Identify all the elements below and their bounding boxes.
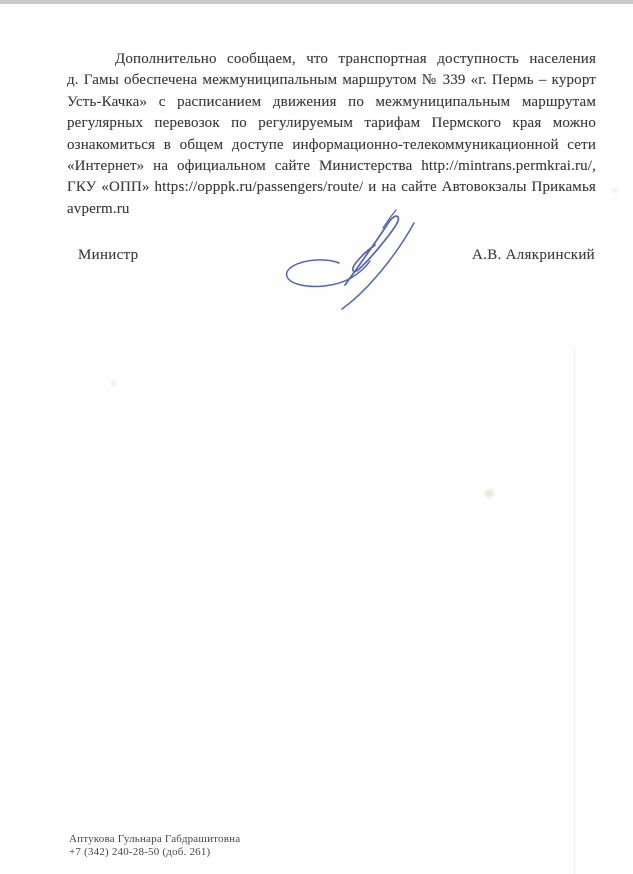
body-line: ознакомиться в общем доступе информацион… <box>67 135 596 156</box>
letter-body-paragraph: Дополнительно сообщаем, что транспортная… <box>67 49 596 220</box>
scan-artifact-line <box>574 348 575 874</box>
signature-ink-strokes <box>287 210 414 309</box>
body-line: ГКУ «ОПП» https://opppk.ru/passengers/ro… <box>67 177 596 198</box>
body-line: Дополнительно сообщаем, что транспортная… <box>67 49 596 70</box>
scan-artifact-speck <box>611 186 620 194</box>
executor-contact: Аптукова Гульнара Габдрашитовна +7 (342)… <box>69 833 240 859</box>
signatory-title: Министр <box>78 247 138 264</box>
handwritten-signature <box>280 203 425 318</box>
body-line: Усть-Качка» с расписанием движения по ме… <box>67 92 596 113</box>
scan-top-edge <box>0 0 633 4</box>
body-line: «Интернет» на официальном сайте Министер… <box>67 156 596 177</box>
scan-artifact-speck <box>483 487 496 500</box>
scanned-letter-page: Дополнительно сообщаем, что транспортная… <box>0 0 633 874</box>
contact-name: Аптукова Гульнара Габдрашитовна <box>69 833 240 846</box>
scan-artifact-speck <box>109 380 118 387</box>
signatory-name: А.В. Алякринский <box>472 247 595 264</box>
body-line: д. Гамы обеспечена межмуниципальным марш… <box>67 70 596 91</box>
contact-phone: +7 (342) 240-28-50 (доб. 261) <box>69 846 240 859</box>
body-line: регулярных перевозок по регулируемым тар… <box>67 113 596 134</box>
